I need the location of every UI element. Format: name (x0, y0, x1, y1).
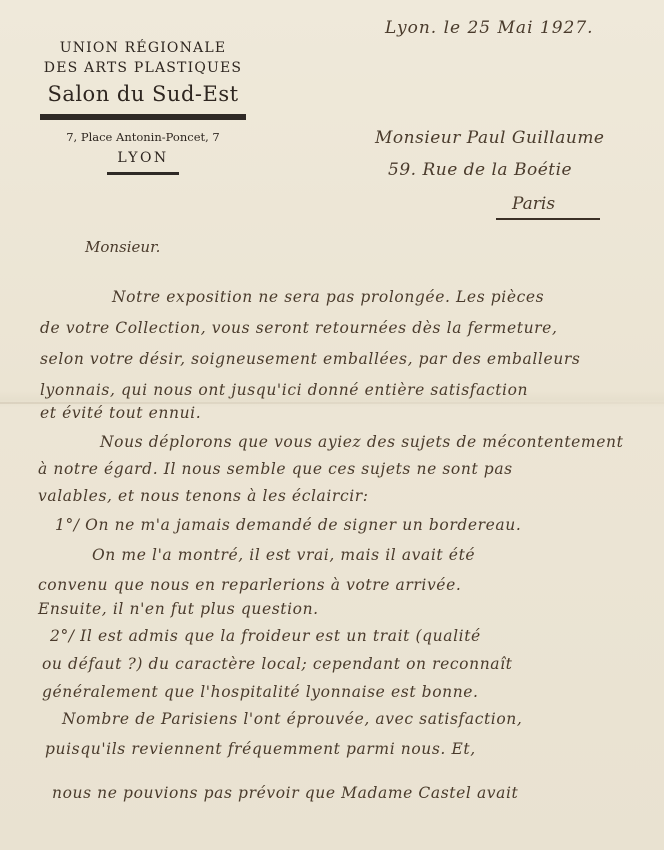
letter-date: Lyon. le 25 Mai 1927. (385, 18, 594, 38)
body-line: puisqu'ils reviennent fréquemment parmi … (45, 740, 476, 758)
body-line: et évité tout ennui. (40, 404, 201, 422)
letterhead-arts: DES ARTS PLASTIQUES (40, 58, 246, 78)
body-line: Notre exposition ne sera pas prolongée. … (112, 288, 544, 306)
letterhead-city: LYON (40, 148, 246, 168)
body-line: 1°/ On ne m'a jamais demandé de signer u… (55, 516, 521, 534)
letterhead-address: 7, Place Antonin-Poncet, 7 (40, 128, 246, 146)
recipient-name: Monsieur Paul Guillaume (375, 128, 605, 148)
body-line: 2°/ Il est admis que la froideur est un … (50, 627, 481, 645)
body-line: généralement que l'hospitalité lyonnaise… (42, 683, 479, 701)
letterhead-city-underline (107, 172, 179, 175)
body-line: Nombre de Parisiens l'ont éprouvée, avec… (62, 710, 522, 728)
body-line: Nous déplorons que vous ayiez des sujets… (100, 433, 623, 451)
body-line: selon votre désir, soigneusement emballé… (40, 350, 580, 368)
letterhead-union: UNION RÉGIONALE (40, 38, 246, 58)
letterhead-divider (40, 114, 246, 120)
letterhead-title: Salon du Sud-Est (40, 80, 246, 108)
body-line: convenu que nous en reparlerions à votre… (38, 576, 461, 594)
recipient-city: Paris (512, 194, 555, 214)
body-line: ou défaut ?) du caractère local; cependa… (42, 655, 513, 673)
letter-page: UNION RÉGIONALE DES ARTS PLASTIQUES Salo… (0, 0, 664, 850)
body-line: valables, et nous tenons à les éclaircir… (38, 487, 369, 505)
body-line: nous ne pouvions pas prévoir que Madame … (52, 784, 518, 802)
body-line: à notre égard. Il nous semble que ces su… (38, 460, 513, 478)
body-line: de votre Collection, vous seront retourn… (40, 319, 557, 337)
body-line: Ensuite, il n'en fut plus question. (38, 600, 319, 618)
body-line: On me l'a montré, il est vrai, mais il a… (92, 546, 475, 564)
recipient-street: 59. Rue de la Boétie (388, 160, 572, 180)
salutation: Monsieur. (85, 238, 160, 256)
letterhead: UNION RÉGIONALE DES ARTS PLASTIQUES Salo… (40, 38, 246, 175)
body-line: lyonnais, qui nous ont jusqu'ici donné e… (40, 381, 528, 399)
recipient-city-underline (496, 218, 600, 220)
